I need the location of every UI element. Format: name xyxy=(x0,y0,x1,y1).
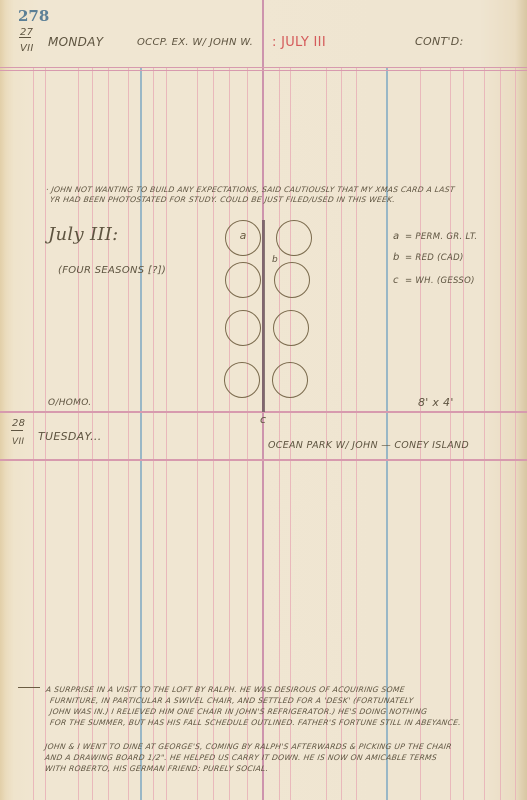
entry2-paragraph2-line: AND A DRAWING BOARD 1/2". HE HELPED US C… xyxy=(44,752,438,763)
entry2-header-note: OCEAN PARK W/ JOHN — CONEY ISLAND xyxy=(268,440,469,451)
diagram-circle xyxy=(272,362,308,398)
rule-line xyxy=(420,68,421,800)
rule-line xyxy=(500,68,501,800)
entry2-paragraph1-line: FOR THE SUMMER, BUT HAS HIS FALL SCHEDUL… xyxy=(49,717,462,728)
entry2-header-rule xyxy=(0,459,527,461)
legend-key-b: b xyxy=(393,252,400,263)
entry2-date-day: 28 xyxy=(12,418,25,429)
entry1-title: : JULY III xyxy=(272,35,326,50)
legend-value-a: = PERM. GR. LT. xyxy=(405,232,477,242)
rule-line xyxy=(463,68,464,800)
diagram-circle xyxy=(224,362,260,398)
entry2-date-month: VII xyxy=(12,437,24,447)
rule-line xyxy=(450,68,451,800)
medium-note: O/HOMO. xyxy=(48,398,91,408)
entry2-paragraph2-line: JOHN & I WENT TO DINE AT GEORGE'S, COMIN… xyxy=(44,741,452,752)
entry2-weekday: TUESDAY... xyxy=(38,430,102,443)
diagram-circle xyxy=(225,310,261,346)
legend-key-a: a xyxy=(393,231,399,242)
entry1-weekday: MONDAY xyxy=(48,35,103,49)
diagram-circle xyxy=(276,220,312,256)
work-title: July III: xyxy=(48,224,119,245)
diagram-center-divider xyxy=(262,220,265,412)
diagram-label-c: c xyxy=(260,413,266,426)
diagram-circle xyxy=(225,262,261,298)
entry1-continued: CONT'D: xyxy=(415,35,464,48)
rule-line xyxy=(515,68,516,800)
ledger-page: 278 27 VII MONDAY OCCP. EX. W/ JOHN W. :… xyxy=(0,0,527,800)
legend-value-c: = WH. (GESSO) xyxy=(405,276,475,286)
diagram-circle-a: a xyxy=(225,220,261,256)
entry2-paragraph2-line: WITH ROBERTO, HIS GERMAN FRIEND: PURELY … xyxy=(44,763,269,774)
page-number: 278 xyxy=(18,7,49,25)
rule-line xyxy=(33,68,34,800)
size-note: 8' x 4' xyxy=(418,396,454,409)
date-fraction-bar xyxy=(19,37,31,38)
legend-value-b: = RED (CAD) xyxy=(405,253,464,263)
entry1-paragraph-line-2: YR HAD BEEN PHOTOSTATED FOR STUDY. COULD… xyxy=(49,194,396,205)
entry1-header-note: OCCP. EX. W/ JOHN W. xyxy=(137,37,253,48)
circle-label: a xyxy=(226,229,260,242)
rule-line xyxy=(484,68,485,800)
entry1-date-month: VII xyxy=(20,43,34,54)
work-subtitle: (FOUR SEASONS [?]) xyxy=(58,265,166,276)
diagram-circle xyxy=(273,310,309,346)
entry2-paragraph1-line: FURNITURE, IN PARTICULAR A SWIVEL CHAIR,… xyxy=(49,695,414,706)
diagram-circle xyxy=(274,262,310,298)
entry2-paragraph1-line: A SURPRISE IN A VISIT TO THE LOFT BY RAL… xyxy=(45,684,405,695)
legend-key-c: c xyxy=(393,275,399,286)
header-rule xyxy=(0,67,527,68)
entry2-paragraph1-line: JOHN WAS IN.) I RELIEVED HIM ONE CHAIR I… xyxy=(49,706,428,717)
arrow-mark xyxy=(18,687,40,688)
diagram-label-b: b xyxy=(272,255,278,265)
date-fraction-bar xyxy=(11,430,23,431)
